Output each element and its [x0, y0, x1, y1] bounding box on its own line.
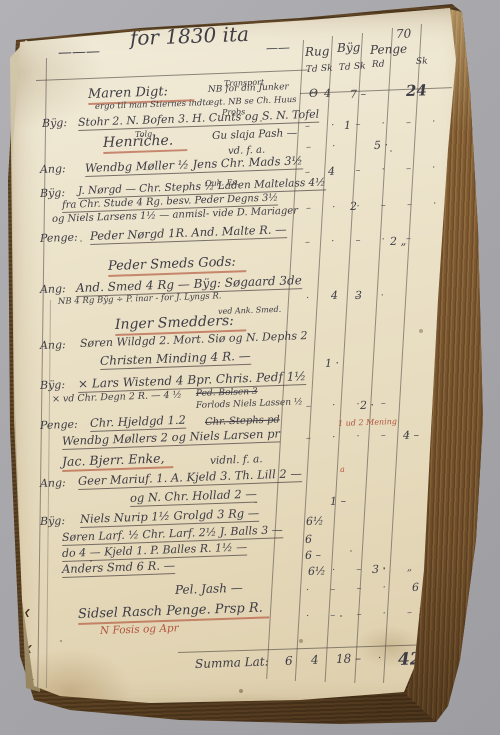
total-dash: · — [378, 654, 382, 664]
amount: 1 · — [325, 358, 339, 369]
entry-text: Niels Nurip 1½ Grolgd 3 Rg — — [80, 508, 260, 526]
section-title: Inger Smedders: — [115, 313, 246, 332]
title-flourish-right: —— — [266, 41, 290, 54]
entry-prefix: Penge: — [40, 419, 78, 431]
section-title: Jac. Bjerr. Enke, — [62, 452, 173, 468]
entry-text: Stohr 2. N. Bofen 3. H. Cunts og S. N. T… — [78, 109, 320, 128]
entry-text: Gu slaja Pash — — [212, 128, 298, 141]
entry-prefix: Ang: — [40, 477, 66, 489]
amount: 1 — [344, 120, 351, 131]
entry-prefix: Ang: — [40, 339, 66, 351]
entry-note: × vd Chr. Degn 2 R. — 4 ½ — [52, 390, 182, 404]
row-dashes: – · · – — [306, 399, 395, 412]
entry-prefix: Bÿg: — [40, 515, 65, 527]
margin-rule-line — [37, 58, 47, 690]
entry-text: Søren Wildgd 2. Mort. Siø og N. Dephs 2 — [80, 330, 308, 349]
unit-byg-td: Td — [339, 64, 351, 73]
entry-text: Pel. Jash — — [175, 582, 243, 596]
entry-text: And. Smed 4 Rg — Bÿg: Søgaard 3de — [76, 274, 302, 294]
entry-text: og N. Chr. Hollad 2 — — [130, 489, 257, 505]
amount: 4 — [324, 88, 331, 99]
amount: 6½ — [308, 565, 326, 577]
unit-penge-rd: Rd — [372, 61, 385, 70]
entry-note: Forlods Niels Lassen ½ — [196, 398, 303, 411]
red-annotation: 1 ud 2 Mening — [338, 418, 397, 428]
amount: 5 · — [374, 140, 388, 151]
amount: 2 · — [360, 400, 374, 411]
amount: Θ — [309, 88, 318, 99]
entry-text: J. Nørgd — Chr. Stephs ½ Laden Maltelass… — [78, 177, 326, 196]
total-value: 18 – — [336, 652, 361, 665]
margin-rule-line-2 — [46, 300, 51, 688]
amount: 4 — [328, 166, 335, 177]
row-dashes: – · – · – · — [305, 117, 445, 132]
red-annotation: N Fosis og Apr — [100, 623, 179, 636]
amount: 4 — [331, 290, 338, 301]
entry-text: Sidsel Rasch Penge. Prsp R. — [78, 601, 269, 621]
entry-prefix: Ang: — [40, 283, 66, 295]
entry-prefix: Ang: — [40, 163, 66, 175]
page-number: 70 — [396, 27, 412, 40]
column-header-rug: Rug — [305, 45, 330, 58]
total-value: 4 — [311, 654, 319, 666]
amount: 6 – — [305, 549, 321, 561]
entry-prefix: Penge: — [40, 232, 78, 244]
total-label: Summa Lat: — [195, 655, 269, 670]
amount: 4 – — [403, 429, 419, 441]
amount: 6½ — [306, 515, 324, 527]
unit-penge-sk: Sk — [416, 58, 428, 67]
unit-rug-td: Td — [306, 66, 318, 75]
amount: 1 – — [330, 495, 346, 507]
row-dashes: · – · „ — [332, 563, 421, 576]
entry-strikethrough: Ped. Bolsen 3 — [196, 388, 258, 399]
column-header-byg: Bÿg — [337, 41, 361, 54]
column-header-penge: Penge — [370, 43, 408, 56]
entry-prefix: Bÿg: — [42, 117, 67, 129]
entry-text: Wendbg Møller ½ Jens Chr. Mads 3½ — [85, 155, 303, 174]
amount: 3 — [355, 290, 362, 301]
total-value: 6 — [285, 655, 293, 667]
amount: 24 — [406, 83, 427, 99]
row-dashes: · – – · — [306, 583, 395, 596]
amount: 2 „ — [390, 235, 407, 247]
entry-text: Peder Nørgd 1R. And. Malte R. — — [90, 224, 287, 242]
red-annotation: a — [340, 466, 345, 474]
header-rule-line — [36, 70, 308, 81]
entry-text: Christen Minding 4 R. — — [100, 350, 251, 367]
stitch-mark-icon: ❮ — [23, 608, 31, 618]
row-dashes: – · – · – · — [305, 163, 445, 178]
amount: 6 — [305, 534, 312, 545]
amount: 7 – — [350, 88, 366, 100]
entry-text: Geer Mariuf. 1. A. Kjeld 3. Th. Lill 2 — — [78, 468, 302, 487]
row-dashes: · – – · – — [306, 608, 421, 622]
entry-text: NB for din Junker — [208, 83, 289, 95]
entry-text: Anders Smd 6 R. — — [62, 560, 176, 575]
unit-byg-sk: Sk — [354, 63, 366, 72]
section-title: Peder Smeds Gods: — [108, 255, 246, 273]
entry-text: × Lars Wistend 4 Bpr. Chris. Pedf 1½ — [78, 370, 306, 390]
column-header-rule-line — [300, 87, 452, 94]
entry-text: vidnl. f. a. — [210, 454, 263, 466]
row-dashes: – · — [306, 142, 345, 153]
entry-name: Henriche. — [103, 133, 188, 150]
entry-prefix: Bÿg: — [40, 187, 65, 199]
unit-rug-sk: Sk — [321, 65, 333, 74]
row-dashes: · · – · — [306, 291, 393, 304]
row-dashes: – · · – – · — [306, 199, 446, 214]
entry-prefix: Bÿg: — [40, 379, 65, 391]
entry-text: Chr. Hjeldgd 1.2 — [90, 415, 186, 430]
title-flourish-left: ——— — [58, 45, 100, 60]
entry-note: Probs — [222, 108, 246, 117]
amount: 2 — [350, 201, 357, 212]
